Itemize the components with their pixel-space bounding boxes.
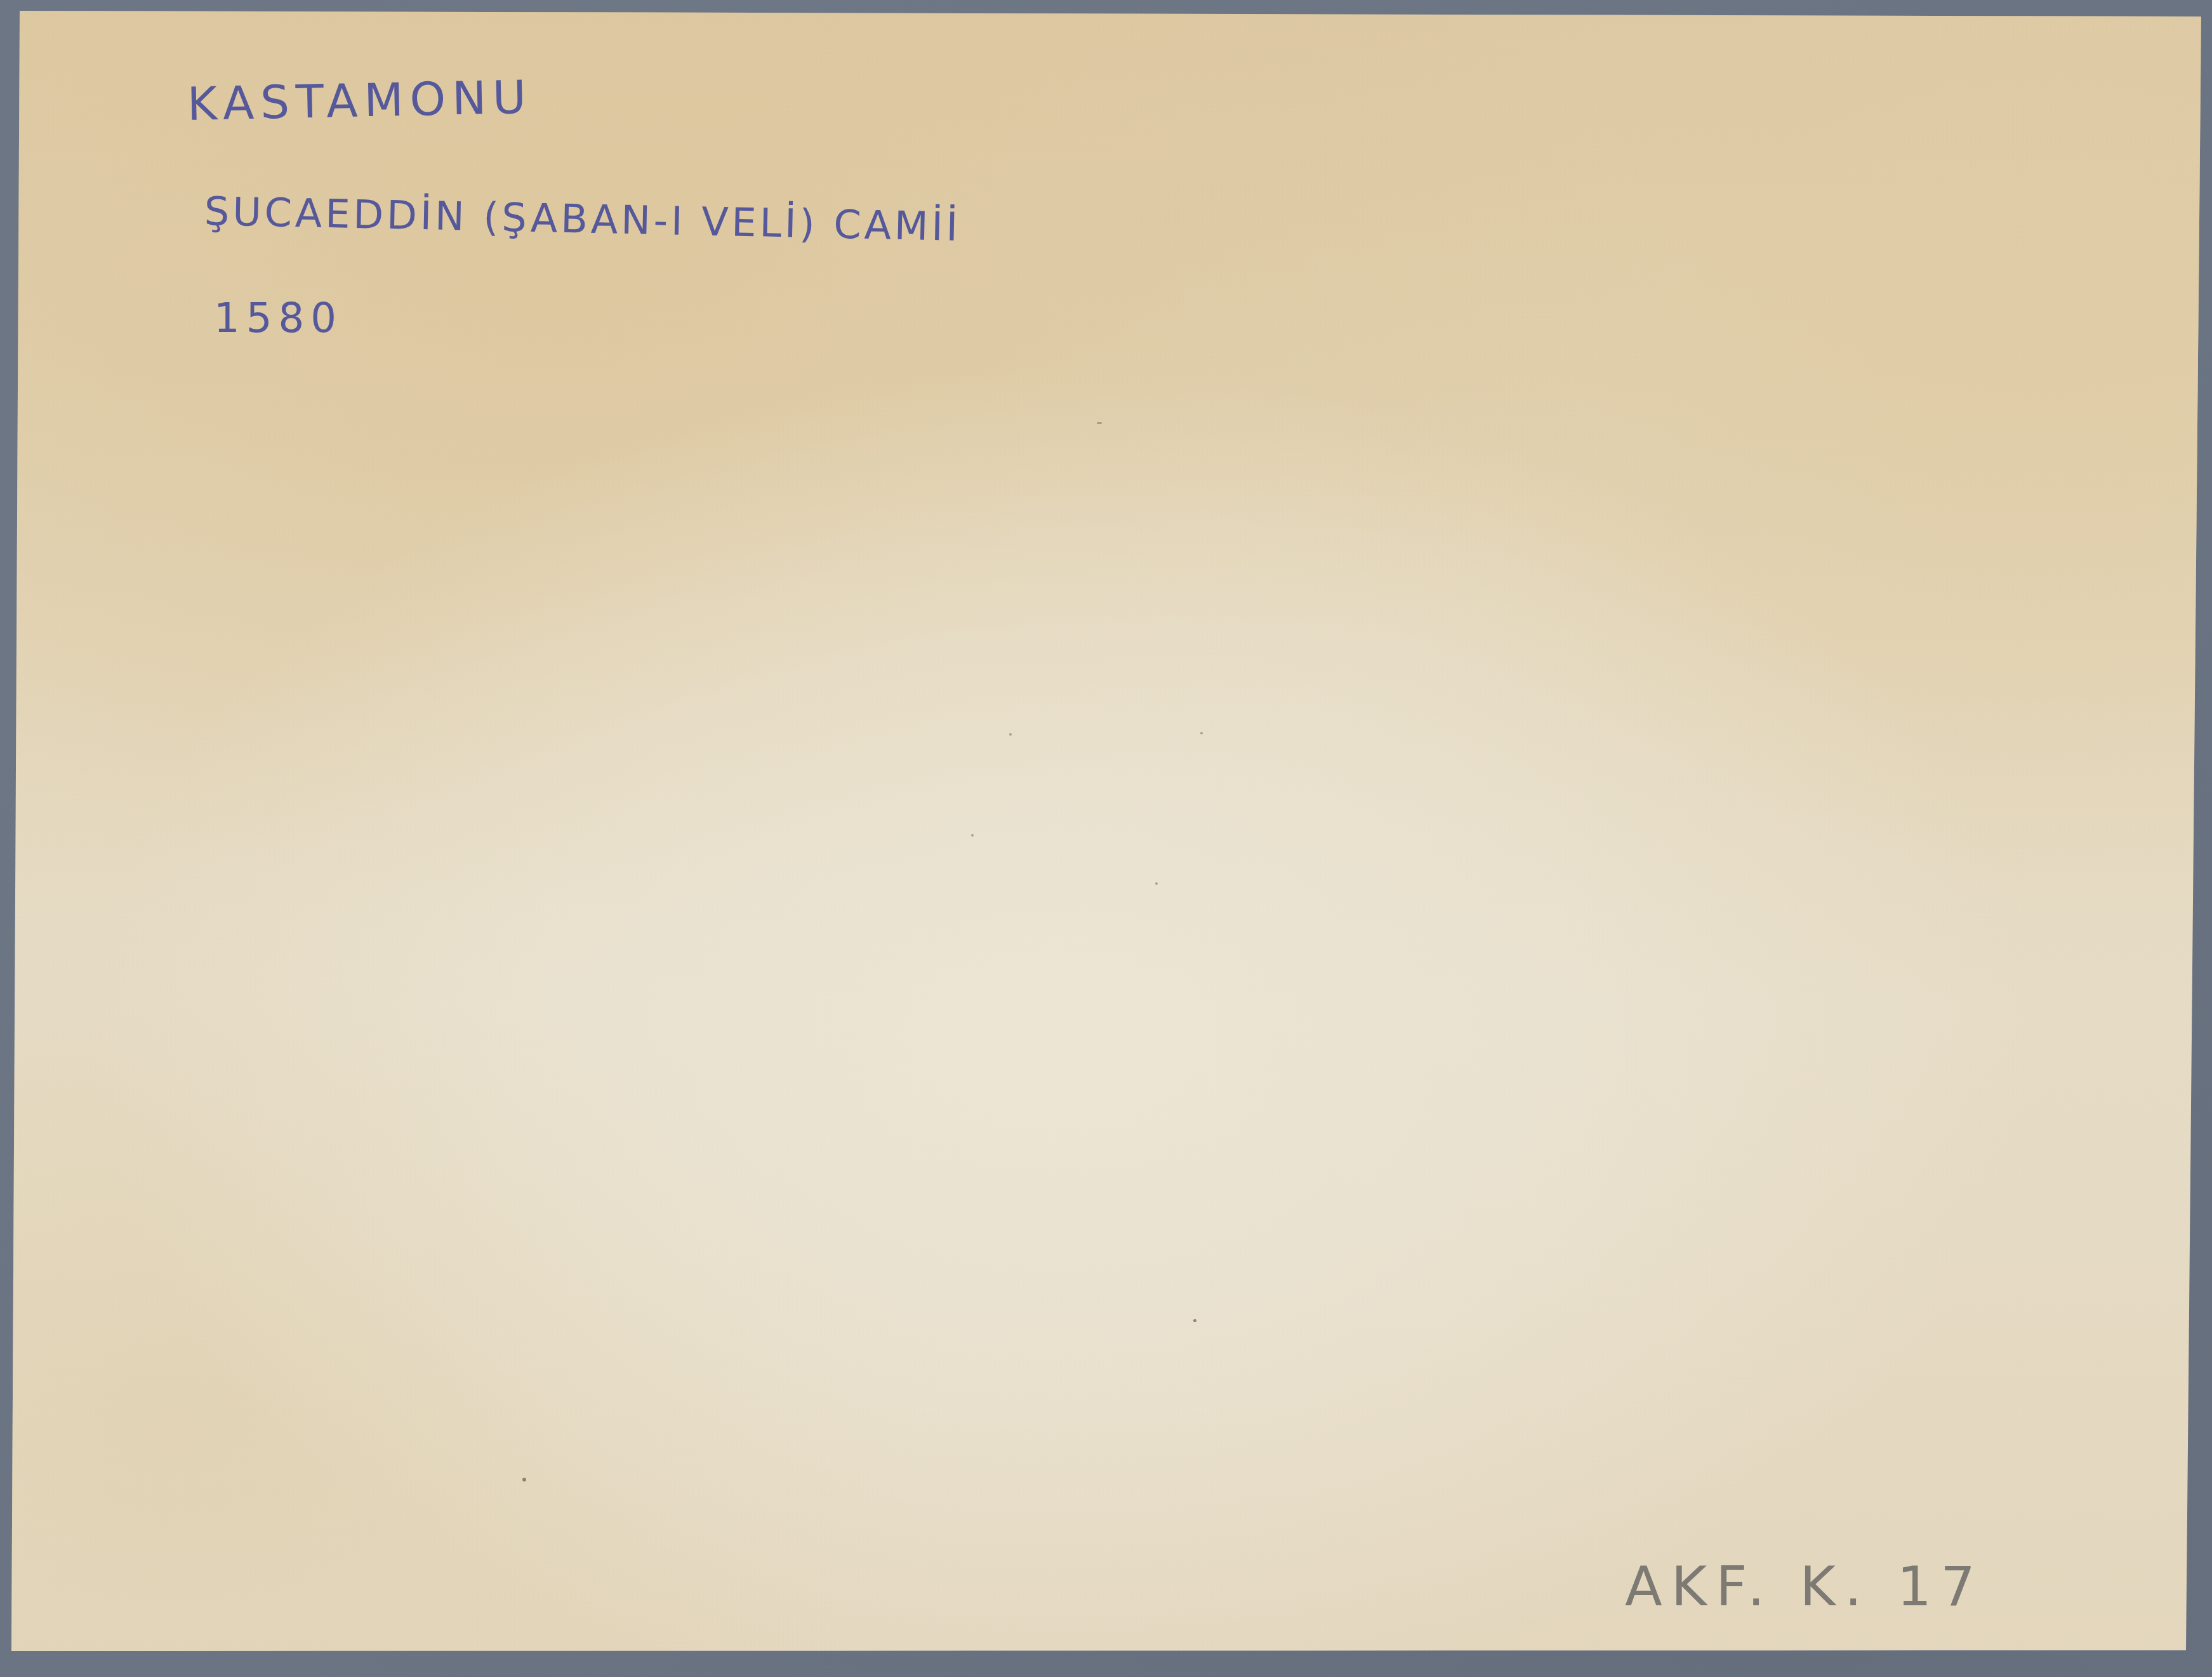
handwritten-location: KASTAMONU (187, 70, 533, 131)
paper-speck (971, 834, 974, 837)
paper-speck (1155, 882, 1158, 885)
paper-speck (1097, 422, 1102, 424)
handwritten-date: 1580 (214, 295, 343, 342)
envelope-paper (0, 0, 2212, 1677)
paper-speck (1193, 1319, 1196, 1322)
paper-speck (1200, 732, 1203, 734)
paper-speck (522, 1478, 526, 1481)
pencil-archive-reference: AKF. K. 17 (1625, 1555, 1984, 1619)
paper-speck (1009, 733, 1012, 736)
